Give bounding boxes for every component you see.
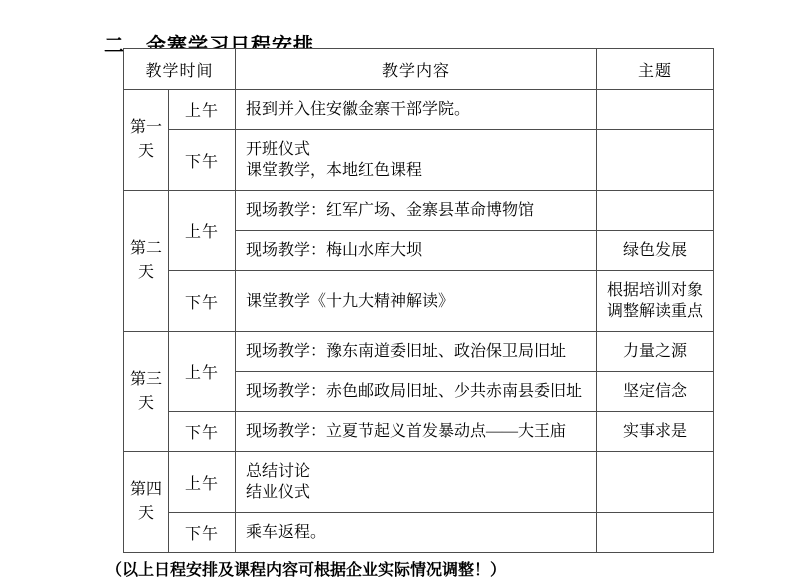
theme-cell [597, 452, 714, 513]
content-line: 现场教学：赤色邮政局旧址、少共赤南县委旧址 [246, 381, 588, 402]
time-cell: 下午 [169, 130, 236, 191]
schedule-table-container: 教学时间 教学内容 主题 第一天上午报到并入住安徽金寨干部学院。下午开班仪式课堂… [123, 48, 713, 553]
table-row: 第二天上午现场教学：红军广场、金寨县革命博物馆 [124, 191, 714, 231]
content-line: 现场教学：梅山水库大坝 [246, 240, 588, 261]
table-row: 下午现场教学：立夏节起义首发暴动点——大王庙实事求是 [124, 412, 714, 452]
content-line: 现场教学：豫东南道委旧址、政治保卫局旧址 [246, 341, 588, 362]
table-row: 下午课堂教学《十九大精神解读》根据培训对象调整解读重点 [124, 271, 714, 332]
theme-cell: 根据培训对象调整解读重点 [597, 271, 714, 332]
table-row: 第三天上午现场教学：豫东南道委旧址、政治保卫局旧址力量之源 [124, 332, 714, 372]
content-cell: 现场教学：豫东南道委旧址、政治保卫局旧址 [236, 332, 597, 372]
theme-cell: 绿色发展 [597, 231, 714, 271]
theme-cell: 坚定信念 [597, 372, 714, 412]
time-cell: 上午 [169, 90, 236, 130]
time-cell: 上午 [169, 452, 236, 513]
content-line: 现场教学：红军广场、金寨县革命博物馆 [246, 200, 588, 221]
content-line: 现场教学：立夏节起义首发暴动点——大王庙 [246, 421, 588, 442]
content-cell: 课堂教学《十九大精神解读》 [236, 271, 597, 332]
header-content: 教学内容 [236, 49, 597, 90]
header-row: 教学时间 教学内容 主题 [124, 49, 714, 90]
content-cell: 现场教学：立夏节起义首发暴动点——大王庙 [236, 412, 597, 452]
table-row: 下午乘车返程。 [124, 513, 714, 553]
content-line: 总结讨论 [246, 461, 588, 482]
day-cell: 第一天 [124, 90, 169, 191]
theme-cell [597, 90, 714, 130]
theme-cell [597, 130, 714, 191]
header-time: 教学时间 [124, 49, 236, 90]
content-cell: 现场教学：赤色邮政局旧址、少共赤南县委旧址 [236, 372, 597, 412]
theme-cell: 力量之源 [597, 332, 714, 372]
theme-cell: 实事求是 [597, 412, 714, 452]
schedule-table-body: 第一天上午报到并入住安徽金寨干部学院。下午开班仪式课堂教学，本地红色课程第二天上… [124, 90, 714, 553]
time-cell: 下午 [169, 412, 236, 452]
content-line: 报到并入住安徽金寨干部学院。 [246, 99, 588, 120]
time-cell: 下午 [169, 513, 236, 553]
day-cell: 第三天 [124, 332, 169, 452]
time-cell: 上午 [169, 191, 236, 271]
content-line: 结业仪式 [246, 482, 588, 503]
content-line: 开班仪式 [246, 139, 588, 160]
footnote: （以上日程安排及课程内容可根据企业实际情况调整！） [106, 557, 506, 578]
schedule-table-header: 教学时间 教学内容 主题 [124, 49, 714, 90]
theme-cell [597, 513, 714, 553]
time-cell: 上午 [169, 332, 236, 412]
theme-cell [597, 191, 714, 231]
table-row: 下午开班仪式课堂教学，本地红色课程 [124, 130, 714, 191]
content-line: 课堂教学《十九大精神解读》 [246, 291, 588, 312]
content-cell: 报到并入住安徽金寨干部学院。 [236, 90, 597, 130]
table-row: 第一天上午报到并入住安徽金寨干部学院。 [124, 90, 714, 130]
content-cell: 开班仪式课堂教学，本地红色课程 [236, 130, 597, 191]
table-row: 第四天上午总结讨论结业仪式 [124, 452, 714, 513]
content-cell: 总结讨论结业仪式 [236, 452, 597, 513]
content-line: 乘车返程。 [246, 522, 588, 543]
content-cell: 现场教学：梅山水库大坝 [236, 231, 597, 271]
day-cell: 第二天 [124, 191, 169, 332]
schedule-table: 教学时间 教学内容 主题 第一天上午报到并入住安徽金寨干部学院。下午开班仪式课堂… [123, 48, 714, 553]
header-theme: 主题 [597, 49, 714, 90]
day-cell: 第四天 [124, 452, 169, 553]
content-cell: 乘车返程。 [236, 513, 597, 553]
content-cell: 现场教学：红军广场、金寨县革命博物馆 [236, 191, 597, 231]
content-line: 课堂教学，本地红色课程 [246, 160, 588, 181]
time-cell: 下午 [169, 271, 236, 332]
